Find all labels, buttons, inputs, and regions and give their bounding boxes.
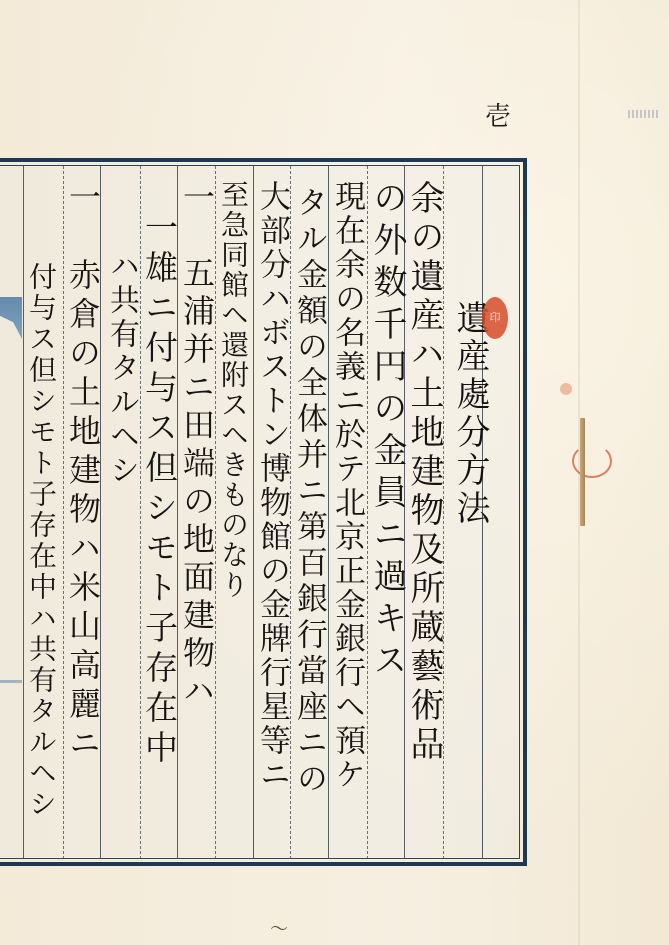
bottom-ink-mark: 〜 <box>270 915 288 941</box>
text-column-6: 至急同館ヘ還附スヘきものなり <box>219 180 247 600</box>
text-column-11: 付与ス但シモト子存在中ハ共有タルヘシ <box>27 262 55 820</box>
binding-strip <box>580 418 585 526</box>
text-column-8: 一雄ニ付与ス但シモト子存在中 <box>143 210 176 770</box>
text-column-9: ハ共有タルヘシ <box>106 250 136 488</box>
text-column-3: 現在余の名義ニ於テ北京正金銀行ヘ預ケ <box>331 180 362 792</box>
bleed-through-line <box>0 680 22 683</box>
faint-stamp-mark <box>628 110 658 118</box>
column-rule <box>23 166 24 859</box>
text-column-2: の外数千円の金員ニ過キス <box>370 180 404 684</box>
red-ink-spot <box>560 383 572 395</box>
text-column-5: 大部分ハボストン博物館の金牌行星等ニ <box>256 180 287 792</box>
text-column-7: 一 五浦并ニ田端の地面建物ハ <box>181 180 213 712</box>
red-seal-stamp: 印 <box>482 297 508 339</box>
document-page: 壱 遺産處分方法 印 余の遺産ハ土地建物及所蔵藝術品 の外数千円の金員ニ過キス … <box>0 0 669 945</box>
red-circle-stamp <box>572 444 612 478</box>
text-column-4: タル金額の全体并ニ第百銀行當座ニの <box>293 186 324 798</box>
page-number: 壱 <box>485 104 511 130</box>
text-column-10: 一 赤倉の土地建物ハ米山高麗ニ <box>67 180 99 765</box>
text-column-1: 余の遺産ハ土地建物及所蔵藝術品 <box>407 180 441 765</box>
